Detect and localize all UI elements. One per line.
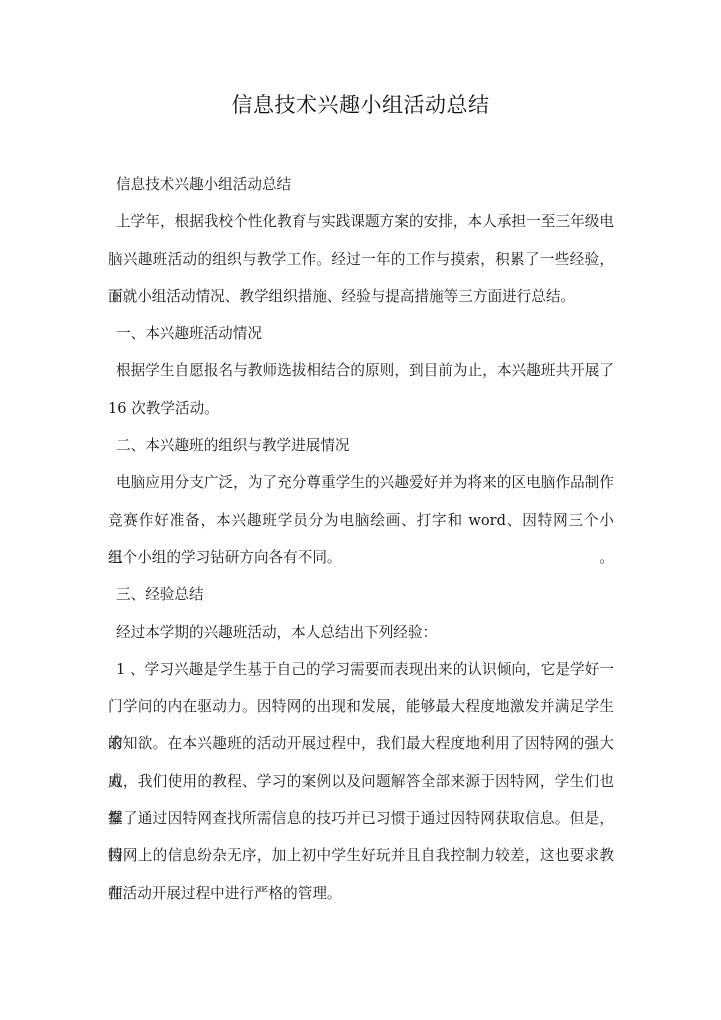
- paragraph-line: 竞赛作好准备，本兴趣班学员分为电脑绘画、打字和 word、因特网三个小组。: [108, 502, 614, 539]
- paragraph-line: 力，我们使用的教程、学习的案例以及问题解答全部来源于因特网，学生们也掌: [108, 763, 614, 800]
- paragraph-line: 电脑应用分支广泛，为了充分尊重学生的兴趣爱好并为将来的区电脑作品制作: [108, 464, 614, 501]
- paragraph-line: 1 、学习兴趣是学生基于自己的学习需要而表现出来的认识倾向，它是学好一: [108, 651, 614, 688]
- paragraph-line: 二、本兴趣班的组织与教学进展情况: [108, 427, 614, 464]
- paragraph-line: 握了通过因特网查找所需信息的技巧并已习惯于通过因特网获取信息。但是，因: [108, 800, 614, 837]
- paragraph-line: 求知欲。在本兴趣班的活动开展过程中，我们最大程度地利用了因特网的强大威: [108, 725, 614, 762]
- paragraph-line: 在活动开展过程中进行严格的管理。: [108, 875, 614, 912]
- document-page: 信息技术兴趣小组活动总结 信息技术兴趣小组活动总结上学年，根据我校个性化教育与实…: [0, 0, 721, 1020]
- document-title: 信息技术兴趣小组活动总结: [0, 90, 721, 120]
- paragraph-line: 一、本兴趣班活动情况: [108, 315, 614, 352]
- paragraph-line: 经过本学期的兴趣班活动，本人总结出下列经验：: [108, 614, 614, 651]
- document-body: 信息技术兴趣小组活动总结上学年，根据我校个性化教育与实践课题方案的安排，本人承担…: [108, 166, 614, 912]
- paragraph-line: 上学年，根据我校个性化教育与实践课题方案的安排，本人承担一至三年级电: [108, 203, 614, 240]
- paragraph-line: 特网上的信息纷杂无序，加上初中学生好玩并且自我控制力较差，这也要求教师: [108, 837, 614, 874]
- paragraph-line: 门学问的内在驱动力。因特网的出现和发展，能够最大程度地激发并满足学生的: [108, 688, 614, 725]
- paragraph-line: 根据学生自愿报名与教师选拔相结合的原则，到目前为止，本兴趣班共开展了: [108, 352, 614, 389]
- paragraph-line: 16 次教学活动。: [108, 390, 614, 427]
- paragraph-line: 信息技术兴趣小组活动总结: [108, 166, 614, 203]
- paragraph-line: 脑兴趣班活动的组织与教学工作。经过一年的工作与摸索，积累了一些经验，下: [108, 241, 614, 278]
- paragraph-line: 面就小组活动情况、教学组织措施、经验与提高措施等三方面进行总结。: [108, 278, 614, 315]
- paragraph-line: 三、经验总结: [108, 576, 614, 613]
